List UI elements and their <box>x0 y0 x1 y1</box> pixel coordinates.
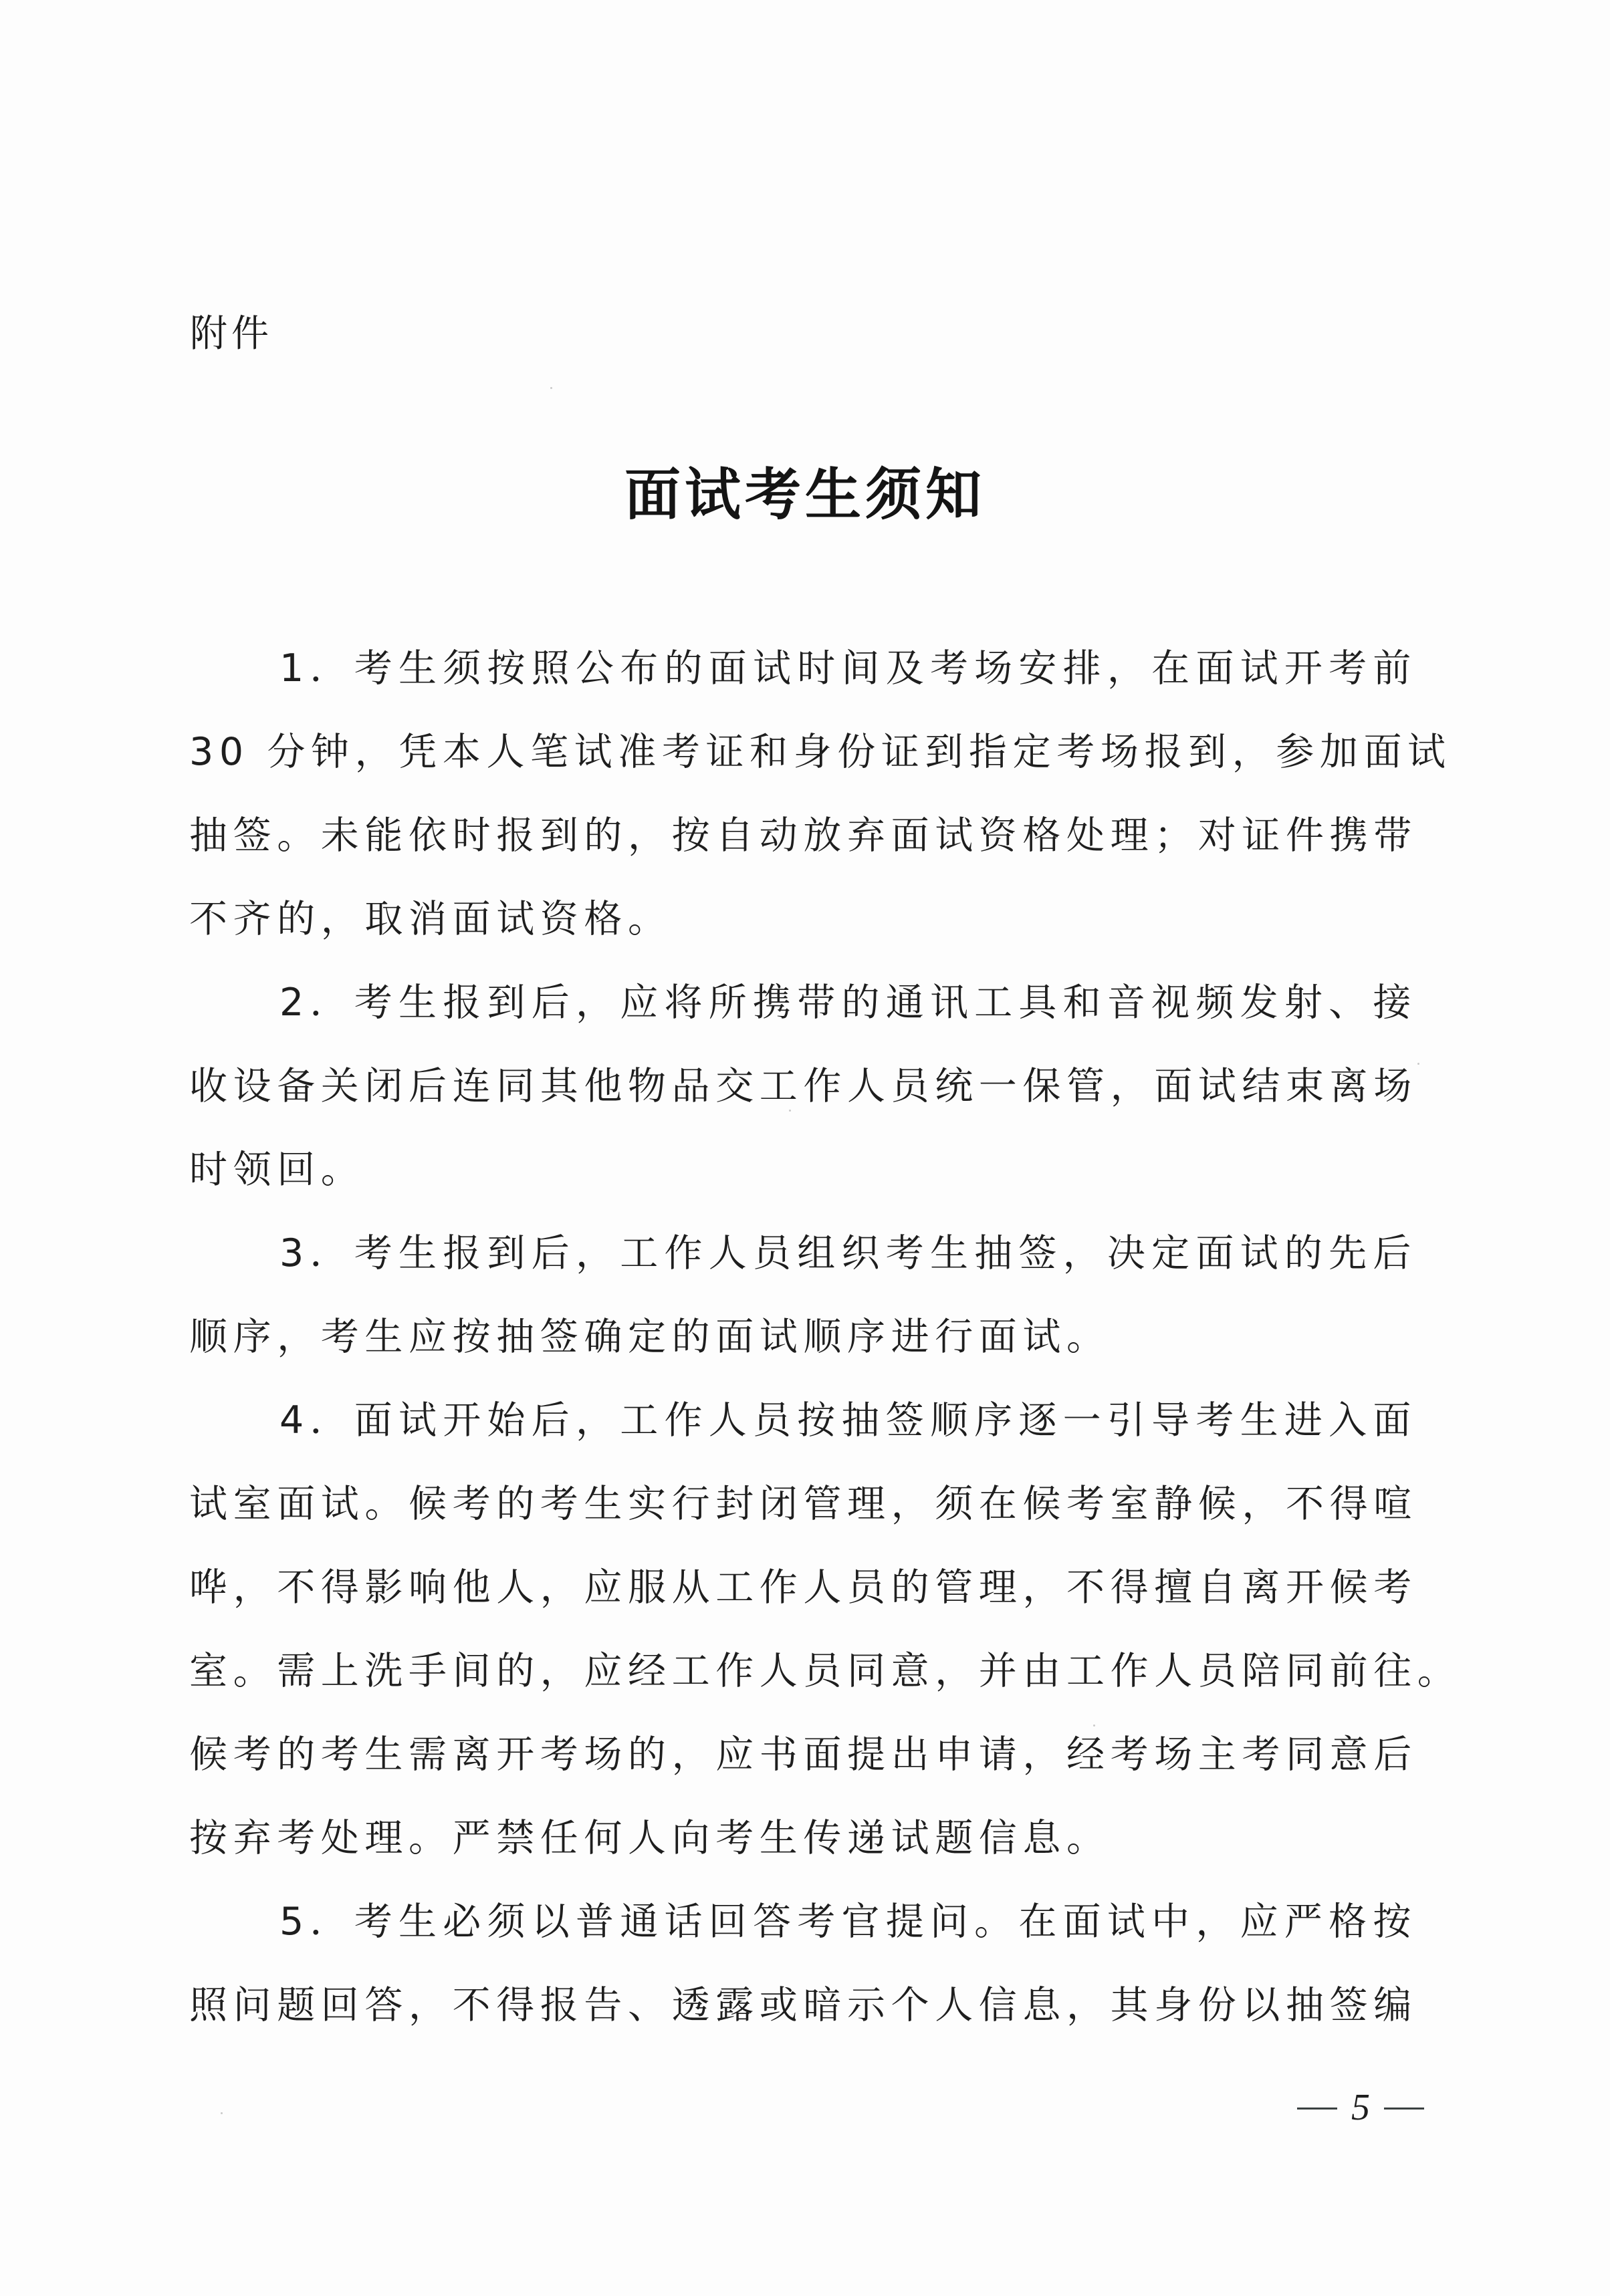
paragraph-5-line-1: 5．考生必须以普通话回答考官提问。在面试中，应严格按 <box>189 1880 1417 1964</box>
paragraph-4-line-2: 试室面试。候考的考生实行封闭管理，须在候考室静候，不得喧 <box>189 1462 1417 1546</box>
paragraph-4-line-4: 室。需上洗手间的，应经工作人员同意，并由工作人员陪同前往。 <box>189 1630 1417 1713</box>
scan-speck <box>1417 1063 1419 1065</box>
paragraph-4-line-1: 4．面试开始后，工作人员按抽签顺序逐一引导考生进入面 <box>189 1379 1417 1462</box>
paragraph-4-line-5: 候考的考生需离开考场的，应书面提出申请，经考场主考同意后 <box>189 1713 1417 1797</box>
paragraph-2-line-2: 收设备关闭后连同其他物品交工作人员统一保管，面试结束离场 <box>189 1045 1417 1128</box>
paragraph-5-line-2: 照问题回答，不得报告、透露或暗示个人信息，其身份以抽签编 <box>189 1964 1417 2047</box>
scan-speck <box>789 1110 791 1112</box>
document-body: 1．考生须按照公布的面试时间及考场安排，在面试开考前 30 分钟，凭本人笔试准考… <box>189 627 1417 2047</box>
paragraph-1-line-3: 抽签。未能依时报到的，按自动放弃面试资格处理；对证件携带 <box>189 794 1417 878</box>
paragraph-1-line-4: 不齐的，取消面试资格。 <box>189 878 1417 961</box>
page-number-value: 5 <box>1351 2089 1370 2126</box>
paragraph-1-line-1: 1．考生须按照公布的面试时间及考场安排，在面试开考前 <box>189 627 1417 711</box>
paragraph-4-line-3: 哗，不得影响他人，应服从工作人员的管理，不得擅自离开候考 <box>189 1546 1417 1630</box>
paragraph-4-line-6: 按弃考处理。严禁任何人向考生传递试题信息。 <box>189 1797 1417 1880</box>
page-number: 5 <box>1297 2084 1424 2131</box>
scan-speck <box>1093 1725 1095 1727</box>
paragraph-3-line-1: 3．考生报到后，工作人员组织考生抽签，决定面试的先后 <box>189 1212 1417 1295</box>
scan-speck <box>221 2112 223 2114</box>
paragraph-1-line-2: 30 分钟，凭本人笔试准考证和身份证到指定考场报到，参加面试 <box>189 711 1417 794</box>
document-title: 面试考生须知 <box>0 461 1610 528</box>
document-page: 附件 面试考生须知 1．考生须按照公布的面试时间及考场安排，在面试开考前 30 … <box>0 0 1610 2296</box>
paragraph-2-line-3: 时领回。 <box>189 1128 1417 1212</box>
paragraph-3-line-2: 顺序，考生应按抽签确定的面试顺序进行面试。 <box>189 1295 1417 1379</box>
attachment-label: 附件 <box>190 311 273 357</box>
page-number-dash-left <box>1297 2108 1337 2110</box>
paragraph-2-line-1: 2．考生报到后，应将所携带的通讯工具和音视频发射、接 <box>189 961 1417 1045</box>
scan-speck <box>550 387 552 389</box>
page-number-dash-right <box>1384 2108 1424 2110</box>
